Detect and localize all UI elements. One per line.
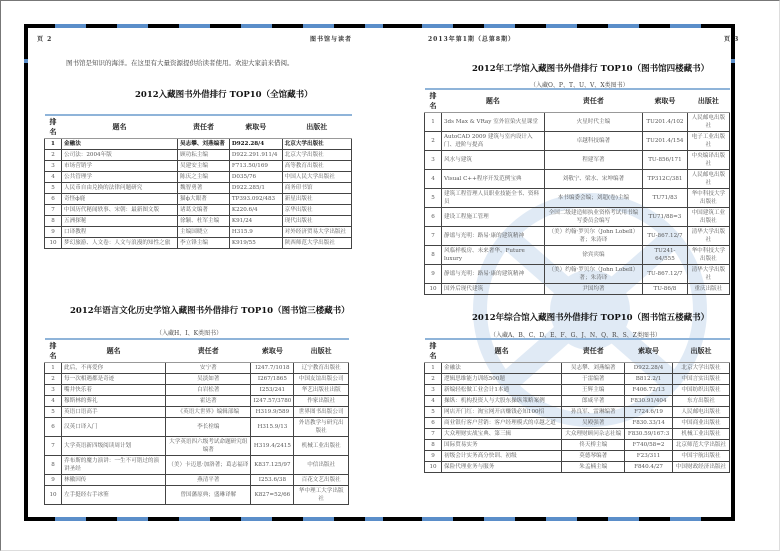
publisher-cell: 人民邮电出版社 [672, 407, 729, 418]
call-number-cell: F724.6/19 [625, 407, 673, 418]
call-number-cell: K919/55 [229, 238, 282, 249]
call-number-cell: I247.57/3780 [251, 396, 294, 407]
table-row: 8乔布斯的魔力演讲：一生不可错过的演讲圣经（美）卡迈恩·加洛著；葛志福译K837… [45, 456, 349, 475]
title-cell: 嘴井快乐着 [62, 385, 166, 396]
table-row: 5建筑工程管理人员职业技能全书、资料员本书编委会编；刘超(卷)主编TU71/83… [425, 189, 730, 208]
call-number-cell: K837.125/97 [251, 456, 294, 475]
call-number-cell: TP393.092/483 [229, 194, 282, 205]
call-number-cell: F840.4/27 [625, 462, 673, 473]
engineering-ranking-table: 排名题名责任者索取号出版社13ds Max & VRay 室外渲染火星课堂火星时… [424, 88, 730, 295]
publisher-cell: 华中理工大学出版社 [294, 486, 349, 505]
title-cell: 此后，不再爱你 [62, 363, 166, 374]
column-header: 出版社 [282, 115, 351, 139]
table-row: 4穆斯林的葬礼霍达著I247.57/3780作家出版社 [45, 396, 349, 407]
rank-cell: 9 [45, 227, 62, 238]
publisher-cell: 对外经济贸易大学出版社 [282, 227, 351, 238]
author-cell: （美）约翰·罗贝尔（John Lobell）著；朱涛译 [544, 227, 642, 246]
table-row: 10梦幻旅游、人文卷：人文与浪漫的知性之旅李立锋主编K919/55陕西师范大学出… [45, 238, 352, 249]
column-header: 题名 [62, 339, 166, 363]
rank-cell: 2 [425, 132, 442, 151]
table-row: 5人民币自由兑换的法律问题研究魏智勇著D922.285/1商务印书馆 [45, 183, 352, 194]
author-cell: 大众理财顾问杂志社编 [562, 429, 625, 440]
table-row: 3风水与建筑程建军著TU-856/171中央编译出版社 [425, 151, 730, 170]
call-number-cell: H315.9/13 [251, 418, 294, 437]
title-cell: 金融法 [442, 363, 562, 374]
call-number-cell: H315.9 [229, 227, 282, 238]
call-number-cell: K827=52/66 [251, 486, 294, 505]
rank-cell: 1 [425, 363, 442, 374]
publisher-cell: 世界图书出版公司 [294, 407, 349, 418]
rank-cell: 6 [425, 208, 442, 227]
author-cell: 全国二级建造师执业资格考试用书编写委员会编写 [544, 208, 642, 227]
column-header: 题名 [62, 115, 178, 139]
rank-cell: 2 [45, 150, 62, 161]
publisher-cell: 高等教育出版社 [282, 161, 351, 172]
overall-title: 2012入藏图书外借排行 TOP10（全馆藏书） [135, 88, 313, 100]
author-cell: 吴志攀、刘燕编著 [562, 363, 625, 374]
journal-title: 图书馆与读者 [310, 34, 352, 43]
author-cell: （美）约翰·罗贝尔（John Lobell）著；朱涛译 [544, 265, 642, 284]
title-cell: 静谧与光明：路易·康的建筑精神 [442, 265, 545, 284]
column-header: 索取号 [625, 339, 673, 363]
author-cell: 于雷编著 [562, 374, 625, 385]
top-border-middle [367, 24, 391, 28]
publisher-cell: 电子工业出版社 [687, 132, 729, 151]
call-number-cell: TU241-64/555 [643, 246, 688, 265]
author-cell: 顾功耘主编 [178, 150, 230, 161]
column-header: 责任者 [166, 339, 251, 363]
call-number-cell: F23/311 [625, 451, 673, 462]
title-cell: 每一次相遇都是奇迹 [62, 374, 166, 385]
column-header: 责任者 [562, 339, 625, 363]
table-row: 8国际贸易实务佟天桥主编F740/58=2北京师范大学出版社 [425, 440, 730, 451]
rank-cell: 2 [45, 374, 62, 385]
author-cell: 魏智勇著 [178, 183, 230, 194]
column-header: 索取号 [251, 339, 294, 363]
title-cell: 大众理财实战宝典、第三辑 [442, 429, 562, 440]
title-cell: 穆斯林的葬礼 [62, 396, 166, 407]
call-number-cell: F830.59/167:3 [625, 429, 673, 440]
author-cell: 徐颖、杜军主编 [178, 216, 230, 227]
title-cell: 奇怪ф鹿 [62, 194, 178, 205]
author-cell: 卓越科技编著 [544, 132, 642, 151]
rank-cell: 4 [45, 396, 62, 407]
author-cell: 吴建安主编 [178, 161, 230, 172]
column-header: 出版社 [672, 339, 729, 363]
bottom-border-middle [367, 517, 391, 521]
rank-cell: 7 [45, 437, 62, 456]
rank-cell: 10 [425, 462, 442, 473]
title-cell: 大学英语新四级阅读周计划 [62, 437, 166, 456]
table-row: 3市场营销学吴建安主编F713.50/169高等教育出版社 [45, 161, 352, 172]
table-row: 10左手挺经右手冰鉴曾国藩原典；盛琳译解K827=52/66华中理工大学出版社 [45, 486, 349, 505]
rank-cell: 4 [425, 170, 442, 189]
author-cell: （美）卡迈恩·加洛著；葛志福译 [166, 456, 251, 475]
publisher-cell: 陕西师范大学出版社 [282, 238, 351, 249]
publisher-cell: 北京大学出版社 [672, 363, 729, 374]
table-row: 6商业银行客户营销：客户经理模式的卓越之道吴殿强著F830.33/14中国商业出… [425, 418, 730, 429]
author-cell: 陈庆之主编 [178, 172, 230, 183]
comprehensive-ranking-table: 排名题名责任者索取号出版社1金融法吴志攀、刘燕编著D922.28/4北京大学出版… [424, 338, 730, 473]
author-cell: 本书编委会编；刘超(卷)主编 [544, 189, 642, 208]
title-cell: 公共管理学 [62, 172, 178, 183]
column-header: 排名 [425, 89, 442, 113]
rank-cell: 6 [45, 194, 62, 205]
left-border [24, 24, 28, 521]
rank-cell: 4 [425, 396, 442, 407]
call-number-cell: D035/76 [229, 172, 282, 183]
title-cell: Visual C++程序开发范例宝典 [442, 170, 545, 189]
call-number-cell: D922.291.911/4 [229, 150, 282, 161]
table-row: 4公共管理学陈庆之主编D035/76中国人民大学出版社 [45, 172, 352, 183]
table-row: 8五洲探秘徐颖、杜军主编K91/24现代出版社 [45, 216, 352, 227]
rank-cell: 10 [425, 284, 442, 295]
title-cell: 风水与建筑 [442, 151, 545, 170]
author-cell: 安宁著 [166, 363, 251, 374]
publisher-cell: 北京大学出版社 [282, 150, 351, 161]
author-cell: 吴淡如著 [166, 374, 251, 385]
table-row: 2逻辑思维能力训练500题于雷编著B812.2/1中国言实出版社 [425, 374, 730, 385]
title-cell: 公司法：2004年版 [62, 150, 178, 161]
rank-cell: 6 [45, 418, 62, 437]
publisher-cell: 中国商业出版社 [672, 418, 729, 429]
column-header: 排名 [45, 115, 62, 139]
publisher-cell: 机械工业出版社 [294, 437, 349, 456]
publisher-cell: 北京大学出版社 [282, 139, 351, 150]
title-cell: 保险代理业务与服务 [442, 462, 562, 473]
rank-cell: 4 [45, 172, 62, 183]
title-cell: 中国历代秘闻轶事、宋朝：最新图文版 [62, 205, 178, 216]
publisher-cell: 中央编译出版社 [687, 151, 729, 170]
table-row: 9林徽因传燕清平著I253.6/38百花文艺出版社 [45, 475, 349, 486]
rank-cell: 8 [45, 456, 62, 475]
rank-cell: 5 [425, 407, 442, 418]
rank-cell: 3 [45, 385, 62, 396]
table-row: 9初级会计实务高分快训、初级莫德琴编著F23/311中国宇航出版社 [425, 451, 730, 462]
title-cell: 市场营销学 [62, 161, 178, 172]
publisher-cell: 中国友谊出版公司 [294, 374, 349, 385]
call-number-cell: K91/24 [229, 216, 282, 227]
language-title: 2012年语言文化历史学馆入藏图书外借排行 TOP10（图书馆三楼藏书） [70, 304, 350, 316]
author-cell: 王辉主编 [562, 385, 625, 396]
publisher-cell: 中国纺织出版社 [672, 385, 729, 396]
rank-cell: 8 [425, 440, 442, 451]
call-number-cell: I267/1865 [251, 374, 294, 385]
table-row: 4Visual C++程序开发范例宝典刘敬宁、梁水、宋坤编著TP312C/381… [425, 170, 730, 189]
title-cell: 逻辑思维能力训练500题 [442, 374, 562, 385]
title-cell: 林徽因传 [62, 475, 166, 486]
rank-cell: 5 [425, 189, 442, 208]
title-cell: 国际贸易实务 [442, 440, 562, 451]
publisher-cell: 机械工业出版社 [672, 429, 729, 440]
table-row: 1金融法吴志攀、刘燕编著D922.28/4北京大学出版社 [45, 139, 352, 150]
author-cell: 大学英语四六级考试命题研究组编著 [166, 437, 251, 456]
table-row: 4操纵：机构投资人与大股东操纵策略案例郎咸平著F830.91/404东方出版社 [425, 396, 730, 407]
call-number-cell: F830.91/404 [625, 396, 673, 407]
publisher-cell: 中国财政经济出版社 [672, 462, 729, 473]
title-cell: 五洲探秘 [62, 216, 178, 227]
title-cell: 建设工程施工管理 [442, 208, 545, 227]
rank-cell: 3 [425, 151, 442, 170]
table-row: 1金融法吴志攀、刘燕编著D922.28/4北京大学出版社 [425, 363, 730, 374]
title-cell: AutoCAD 2009 建筑与室内设计入门、进阶与提高 [442, 132, 545, 151]
call-number-cell: D922.28/4 [229, 139, 282, 150]
rank-cell: 6 [425, 418, 442, 429]
table-row: 2每一次相遇都是奇迹吴淡如著I267/1865中国友谊出版公司 [45, 374, 349, 385]
author-cell: 诸葛文编著 [178, 205, 230, 216]
call-number-cell: I253.6/38 [251, 475, 294, 486]
author-cell: 主编国晓立 [178, 227, 230, 238]
table-row: 3新编轻松做工业会计1本通王辉主编F406.72/13中国纺织出版社 [425, 385, 730, 396]
publisher-cell: 中国宇航出版社 [672, 451, 729, 462]
table-row: 6建设工程施工管理全国二级建造师执业资格考试用书编写委员会编写TU71/88=3… [425, 208, 730, 227]
table-row: 1此后，不再爱你安宁著I247.7/1018辽宁教育出版社 [45, 363, 349, 374]
rank-cell: 7 [45, 205, 62, 216]
call-number-cell: TU201.4/154 [643, 132, 688, 151]
publisher-cell: 百花文艺出版社 [294, 475, 349, 486]
author-cell: 刘敬宁、梁水、宋坤编著 [544, 170, 642, 189]
column-header: 索取号 [643, 89, 688, 113]
comprehensive-title: 2012年综合馆入藏图书外借排行 TOP10（图书馆五楼藏书） [472, 311, 709, 323]
title-cell: 网店开门红：淘宝网开店赚钱必知100招 [442, 407, 562, 418]
title-cell: 操纵：机构投资人与大股东操纵策略案例 [442, 396, 562, 407]
rank-cell: 3 [45, 161, 62, 172]
publisher-cell: 京华出版社 [282, 205, 351, 216]
publisher-cell: 中国言实出版社 [672, 374, 729, 385]
publisher-cell: 中信出版社 [294, 456, 349, 475]
table-row: 7大众理财实战宝典、第三辑大众理财顾问杂志社编F830.59/167:3机械工业… [425, 429, 730, 440]
call-number-cell: I247.7/1018 [251, 363, 294, 374]
rank-cell: 7 [425, 227, 442, 246]
column-header: 排名 [425, 339, 442, 363]
column-header: 出版社 [687, 89, 729, 113]
publisher-cell: 中国建筑工业出版社 [687, 208, 729, 227]
publisher-cell: 商务印书馆 [282, 183, 351, 194]
rank-cell: 1 [45, 363, 62, 374]
table-row: 2AutoCAD 2009 建筑与室内设计入门、进阶与提高卓越科技编著TU201… [425, 132, 730, 151]
title-cell: 梦幻旅游、人文卷：人文与浪漫的知性之旅 [62, 238, 178, 249]
author-cell: 吴志攀、刘燕编著 [178, 139, 230, 150]
language-ranking-table: 排名题名责任者索取号出版社1此后，不再爱你安宁著I247.7/1018辽宁教育出… [44, 338, 349, 505]
bottom-border-left [24, 517, 367, 521]
table-row: 6汉英口译入门李长栓编H315.9/13外语教学与研究出版社 [45, 418, 349, 437]
call-number-cell: TU71/83 [643, 189, 688, 208]
call-number-cell: F713.50/169 [229, 161, 282, 172]
author-cell: 《英语大世界》编辑部编 [166, 407, 251, 418]
table-row: 7静谧与光明：路易·康的建筑精神（美）约翰·罗贝尔（John Lobell）著；… [425, 227, 730, 246]
call-number-cell: I253/241 [251, 385, 294, 396]
title-cell: 左手挺经右手冰鉴 [62, 486, 166, 505]
author-cell: 佟天桥主编 [562, 440, 625, 451]
author-cell: 吴殿强著 [562, 418, 625, 429]
publisher-cell: 外语教学与研究出版社 [294, 418, 349, 437]
publisher-cell: 北京师范大学出版社 [672, 440, 729, 451]
engineering-title: 2012年工学馆入藏图书外借排行 TOP10（图书馆四楼藏书） [472, 62, 709, 74]
call-number-cell: TU201.4/102 [643, 113, 688, 132]
call-number-cell: D922.285/1 [229, 183, 282, 194]
table-row: 7大学英语新四级阅读周计划大学英语四六级考试命题研究组编著H319.4/2415… [45, 437, 349, 456]
publisher-cell: 华中科技大学出版社 [687, 246, 729, 265]
column-header: 出版社 [294, 339, 349, 363]
publisher-cell: 作家出版社 [294, 396, 349, 407]
call-number-cell: TP312C/381 [643, 170, 688, 189]
call-number-cell: F740/58=2 [625, 440, 673, 451]
rank-cell: 2 [425, 374, 442, 385]
title-cell: 初级会计实务高分快训、初级 [442, 451, 562, 462]
author-cell: 霍达著 [166, 396, 251, 407]
rank-cell: 1 [425, 113, 442, 132]
publisher-cell: 辽宁教育出版社 [294, 363, 349, 374]
title-cell: 口译教程 [62, 227, 178, 238]
column-header: 题名 [442, 89, 545, 113]
author-cell: 燕清平著 [166, 475, 251, 486]
publisher-cell: 人民邮电出版社 [687, 113, 729, 132]
column-header: 题名 [442, 339, 562, 363]
title-cell: 新编轻松做工业会计1本通 [442, 385, 562, 396]
publisher-cell: 东方出版社 [672, 396, 729, 407]
title-cell: 英语口语高手 [62, 407, 166, 418]
author-cell: 程建军著 [544, 151, 642, 170]
rank-cell: 7 [425, 429, 442, 440]
rank-cell: 5 [45, 407, 62, 418]
call-number-cell: K220.6/4 [229, 205, 282, 216]
call-number-cell: H319.4/2415 [251, 437, 294, 456]
title-cell: 乔布斯的魔力演讲：一生不可错过的演讲圣经 [62, 456, 166, 475]
author-cell: 莫德琴编著 [562, 451, 625, 462]
overall-ranking-table: 排名题名责任者索取号出版社1金融法吴志攀、刘燕编著D922.28/4北京大学出版… [44, 114, 352, 249]
title-cell: 汉英口译入门 [62, 418, 166, 437]
language-subtitle: （入藏H、I、K类图书） [156, 328, 222, 337]
publisher-cell: 清华大学出版社 [687, 265, 729, 284]
rank-cell: 9 [45, 475, 62, 486]
column-header: 排名 [45, 339, 62, 363]
column-header: 责任者 [178, 115, 230, 139]
table-row: 9口译教程主编国晓立H315.9对外经济贸易大学出版社 [45, 227, 352, 238]
call-number-cell: TU-86/8 [643, 284, 688, 295]
left-page-number: 页 2 [37, 34, 52, 43]
call-number-cell: TU71/88=3 [643, 208, 688, 227]
author-cell: 火星时代主编 [544, 113, 642, 132]
call-number-cell: TU-867.12/7 [643, 265, 688, 284]
issue-label: 2013年第1期（总第8期） [428, 34, 515, 43]
table-row: 13ds Max & VRay 室外渲染火星课堂火星时代主编TU201.4/10… [425, 113, 730, 132]
table-row: 9静谧与光明：路易·康的建筑精神（美）约翰·罗贝尔（John Lobell）著；… [425, 265, 730, 284]
column-header: 索取号 [229, 115, 282, 139]
call-number-cell: H319.9/589 [251, 407, 294, 418]
title-cell: 金融法 [62, 139, 178, 150]
author-cell: 孙良军、雷琳编著 [562, 407, 625, 418]
rank-cell: 3 [425, 385, 442, 396]
intro-text: 图书馆是知识的海洋。在这里有大量资源提供给读者使用。欢迎大家前来借阅。 [66, 58, 294, 67]
title-cell: 风临样板房、未来奢华、Future luxury [442, 246, 545, 265]
table-row: 5网店开门红：淘宝网开店赚钱必知100招孙良军、雷琳编著F724.6/19人民邮… [425, 407, 730, 418]
title-cell: 商业银行客户营销：客户经理模式的卓越之道 [442, 418, 562, 429]
column-header: 责任者 [544, 89, 642, 113]
call-number-cell: B812.2/1 [625, 374, 673, 385]
table-row: 5英语口语高手《英语大世界》编辑部编H319.9/589世界图书出版公司 [45, 407, 349, 418]
author-cell: 猫ф大眼著 [178, 194, 230, 205]
author-cell: 白岩松著 [166, 385, 251, 396]
call-number-cell: TU-856/171 [643, 151, 688, 170]
call-number-cell: D922.28/4 [625, 363, 673, 374]
table-row: 8风临样板房、未来奢华、Future luxury徐宾宾编TU241-64/55… [425, 246, 730, 265]
title-cell: 静谧与光明：路易·康的建筑精神 [442, 227, 545, 246]
call-number-cell: TU-867.12/7 [643, 227, 688, 246]
author-cell: 尹国均著 [544, 284, 642, 295]
rank-cell: 8 [45, 216, 62, 227]
author-cell: 李长栓编 [166, 418, 251, 437]
rank-cell: 5 [45, 183, 62, 194]
author-cell: 郎咸平著 [562, 396, 625, 407]
right-border [731, 24, 735, 521]
author-cell: 曾国藩原典；盛琳译解 [166, 486, 251, 505]
table-row: 3嘴井快乐着白岩松著I253/241华艺出版社出版 [45, 385, 349, 396]
rank-cell: 1 [45, 139, 62, 150]
title-cell: 建筑工程管理人员职业技能全书、资料员 [442, 189, 545, 208]
rank-cell: 8 [425, 246, 442, 265]
publisher-cell: 人民邮电出版社 [687, 170, 729, 189]
table-row: 2公司法：2004年版顾功耘主编D922.291.911/4北京大学出版社 [45, 150, 352, 161]
bottom-border-right [391, 517, 735, 521]
top-border-right [391, 24, 735, 28]
table-row: 6奇怪ф鹿猫ф大眼著TP393.092/483新星出版社 [45, 194, 352, 205]
author-cell: 徐宾宾编 [544, 246, 642, 265]
right-page-number: 页 3 [724, 34, 739, 43]
call-number-cell: F406.72/13 [625, 385, 673, 396]
author-cell: 朱孟楠主编 [562, 462, 625, 473]
table-row: 10保险代理业务与服务朱孟楠主编F840.4/27中国财政经济出版社 [425, 462, 730, 473]
rank-cell: 9 [425, 451, 442, 462]
title-cell: 国外后现代建筑 [442, 284, 545, 295]
title-cell: 人民币自由兑换的法律问题研究 [62, 183, 178, 194]
publisher-cell: 新星出版社 [282, 194, 351, 205]
publisher-cell: 清华大学出版社 [687, 227, 729, 246]
rank-cell: 9 [425, 265, 442, 284]
publisher-cell: 中国人民大学出版社 [282, 172, 351, 183]
table-row: 7中国历代秘闻轶事、宋朝：最新图文版诸葛文编著K220.6/4京华出版社 [45, 205, 352, 216]
top-border-left [24, 24, 367, 28]
publisher-cell: 现代出版社 [282, 216, 351, 227]
publisher-cell: 华艺出版社出版 [294, 385, 349, 396]
table-row: 10国外后现代建筑尹国均著TU-86/8重庆出版社 [425, 284, 730, 295]
publisher-cell: 华中科技大学出版社 [687, 189, 729, 208]
title-cell: 3ds Max & VRay 室外渲染火星课堂 [442, 113, 545, 132]
rank-cell: 10 [45, 486, 62, 505]
call-number-cell: F830.33/14 [625, 418, 673, 429]
publisher-cell: 重庆出版社 [687, 284, 729, 295]
rank-cell: 10 [45, 238, 62, 249]
author-cell: 李立锋主编 [178, 238, 230, 249]
